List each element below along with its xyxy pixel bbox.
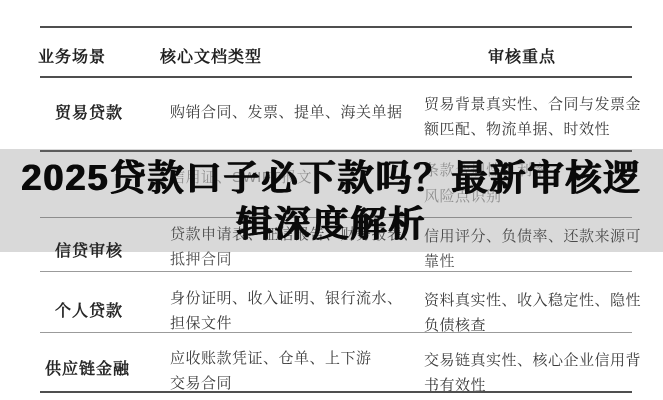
table-header-border	[40, 76, 632, 78]
table-header-doc-type: 核心文档类型	[160, 44, 262, 67]
cell-trade-loan-review: 贸易背景真实性、合同与发票金 额匹配、物流单据、时效性	[424, 92, 641, 142]
cell-personal-loan-docs: 身份证明、收入证明、银行流水、 担保文件	[170, 286, 403, 336]
cell-personal-loan-review: 资料真实性、收入稳定性、隐性 负债核查	[424, 288, 641, 338]
headline-line1: 2025贷款口子必下款吗？最新审核逻	[0, 156, 663, 200]
row-label-trade-loan: 贸易贷款	[55, 100, 123, 123]
table-header-scenario: 业务场景	[38, 44, 106, 67]
table-bottom-border	[40, 391, 632, 393]
row-separator	[40, 150, 632, 152]
table-top-border	[40, 26, 632, 28]
row-separator	[40, 332, 632, 333]
cell-trade-loan-docs: 购销合同、发票、提单、海关单据	[170, 100, 403, 125]
row-label-supply-chain-finance: 供应链金融	[45, 356, 130, 379]
cell-supply-chain-docs: 应收账款凭证、仓单、上下游 交易合同	[170, 346, 372, 396]
article-table-image: 业务场景 核心文档类型 审核重点 贸易贷款 购销合同、发票、提单、海关单据 贸易…	[0, 0, 663, 400]
headline-line2: 辑深度解析	[0, 202, 663, 246]
row-label-personal-loan: 个人贷款	[55, 298, 123, 321]
table-header-review-focus: 审核重点	[488, 44, 556, 67]
